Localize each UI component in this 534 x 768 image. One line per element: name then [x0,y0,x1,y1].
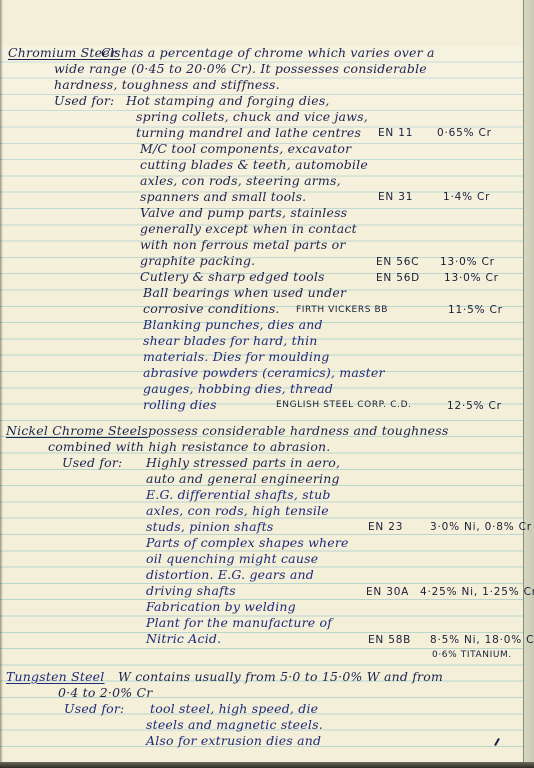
pen-mark [494,738,500,746]
use-line: rolling dies [143,398,217,412]
use-line: distortion. E.G. gears and [146,568,314,582]
section-intro: hardness, toughness and stiffness. [54,78,280,92]
composition: 3·0% Ni, 0·8% Cr [430,521,532,533]
use-line: cutting blades & teeth, automobile [140,158,368,172]
use-line: Valve and pump parts, stainless [140,206,347,220]
grade-code: EN 30A [366,586,409,598]
composition: 13·0% Cr [444,272,499,284]
use-line: Highly stressed parts in aero, [146,456,340,470]
use-line: steels and magnetic steels. [146,718,323,732]
used-for-label: Used for: [64,702,124,716]
composition: 8·5% Ni, 18·0% Cr [430,634,534,646]
composition: 0·65% Cr [437,127,492,139]
section-intro: 0·4 to 2·0% Cr [58,686,152,700]
use-line: Fabrication by welding [146,600,296,614]
use-line: driving shafts [146,584,236,598]
page-left-edge [0,0,3,768]
use-line: graphite packing. [140,254,255,268]
composition-extra: 0·6% TITANIUM. [432,650,512,660]
use-line: Blanking punches, dies and [143,318,323,332]
notebook-page: Chromium Steels Cr has a percentage of c… [0,0,534,768]
use-line: Plant for the manufacture of [146,616,332,630]
use-line: studs, pinion shafts [146,520,273,534]
use-line: Ball bearings when used under [143,286,346,300]
use-line: Also for extrusion dies and [146,734,321,748]
used-for-label: Used for: [62,456,122,470]
grade-code: EN 56C [376,256,419,268]
use-line: oil quenching might cause [146,552,318,566]
use-line: tool steel, high speed, die [150,702,318,716]
use-line: spanners and small tools. [140,190,306,204]
grade-code: EN 56D [376,272,420,284]
use-line: generally except when in contact [140,222,357,236]
use-line: Cutlery & sharp edged tools [140,270,325,284]
grade-code: EN 31 [378,191,413,203]
grade-code: EN 58B [368,634,411,646]
page-right-edge [524,0,534,768]
section-heading-tungsten: Tungsten Steel [6,670,104,684]
use-line: gauges, hobbing dies, thread [143,382,333,396]
section-intro: wide range (0·45 to 20·0% Cr). It posses… [54,62,427,76]
composition: 11·5% Cr [448,304,503,316]
section-intro: W contains usually from 5·0 to 15·0% W a… [118,670,443,684]
grade-code: EN 11 [378,127,413,139]
use-line: auto and general engineering [146,472,340,486]
grade-code: FIRTH VICKERS BB [296,305,388,315]
composition: 12·5% Cr [447,400,502,412]
use-line: turning mandrel and lathe centres [136,126,361,140]
section-heading-nickel-chrome: Nickel Chrome Steels [6,424,148,438]
section-intro: combined with high resistance to abrasio… [48,440,330,454]
page-bottom-edge [0,762,534,768]
composition: 1·4% Cr [443,191,490,203]
use-line: Parts of complex shapes where [146,536,349,550]
use-line: Hot stamping and forging dies, [126,94,330,108]
grade-code: EN 23 [368,521,403,533]
use-line: axles, con rods, high tensile [146,504,329,518]
grade-code: ENGLISH STEEL CORP. C.D. [276,400,412,410]
use-line: abrasive powders (ceramics), master [143,366,385,380]
composition: 4·25% Ni, 1·25% Cr [420,586,534,598]
use-line: shear blades for hard, thin [143,334,318,348]
use-line: Nitric Acid. [146,632,221,646]
use-line: spring collets, chuck and vice jaws, [136,110,368,124]
use-line: with non ferrous metal parts or [140,238,346,252]
use-line: materials. Dies for moulding [143,350,330,364]
section-intro: Cr has a percentage of chrome which vari… [101,46,435,60]
used-for-label: Used for: [54,94,114,108]
use-line: axles, con rods, steering arms, [140,174,341,188]
use-line: corrosive conditions. [143,302,280,316]
composition: 13·0% Cr [440,256,495,268]
section-intro: possess considerable hardness and toughn… [148,424,448,438]
use-line: M/C tool components, excavator [140,142,351,156]
use-line: E.G. differential shafts, stub [146,488,331,502]
